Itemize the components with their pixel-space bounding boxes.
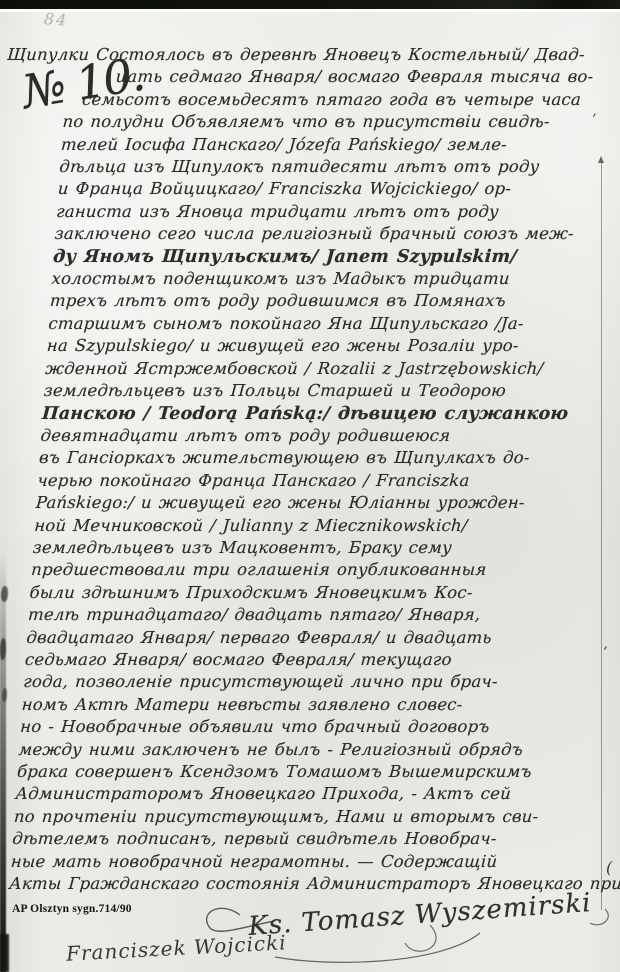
handwritten-text: Щипулки Состоялось въ деревнѣ Яновецъ Ко… (8, 44, 608, 895)
text-line: но - Новобрачные объявили что брачный до… (19, 716, 561, 738)
text-line: Щипулки Состоялось въ деревнѣ Яновецъ Ко… (6, 44, 608, 66)
text-line: ду Яномъ Щипульскимъ/ Janem Szypulskim/ (52, 246, 594, 268)
text-line: на Szypulskiego/ и живущей его жены Роза… (46, 335, 588, 357)
binding-edge-streak (0, 552, 6, 972)
text-line: въ Гансіоркахъ жительствующею въ Щипулка… (38, 447, 580, 469)
edge-ink-blob (2, 688, 7, 702)
text-line: между ними заключенъ не былъ - Религіозн… (18, 739, 560, 761)
text-line: дѣтелемъ подписанъ, первый свидѣтель Нов… (12, 828, 554, 850)
text-line: и Франца Войцицкаго/ Franciszka Wojcicki… (57, 178, 599, 200)
text-line: Pańskiego:/ и живущей его жены Юліанны у… (35, 492, 577, 514)
scanner-edge-gap (0, 9, 620, 12)
text-line: семьсотъ восемьдесятъ пятаго года въ чет… (81, 89, 605, 111)
text-line: земледѣльцевъ изъ Мацковентъ, Браку сему (32, 537, 574, 559)
text-line: двадцатаго Января/ перваго Февраля/ и дв… (26, 627, 568, 649)
text-line: седьмаго Января/ восмаго Февраля/ текуща… (24, 649, 566, 671)
text-line: были здѣшнимъ Приходскимъ Яновецкимъ Кос… (29, 582, 571, 604)
text-line: Администраторомъ Яновецкаго Прихода, - А… (15, 783, 557, 805)
text-line: девятнадцати лѣтъ отъ роду родившеюся (40, 425, 582, 447)
text-line: брака совершенъ Ксендзомъ Томашомъ Вышем… (16, 761, 558, 783)
text-line: телей Іосифа Панскаго/ Józefa Pańskiego/… (60, 134, 602, 156)
text-line: ганиста изъ Яновца тридцати лѣтъ отъ род… (55, 201, 597, 223)
text-line: телѣ тринадцатаго/ двадцать пятаго/ Янва… (27, 604, 569, 626)
text-line: жденной Ястржембовской / Rozalii z Jastr… (44, 358, 586, 380)
text-line: ные мать новобрачной неграмотны. — Содер… (10, 851, 552, 873)
margin-rule-tip (598, 156, 604, 163)
text-line: холостымъ поденщикомъ изъ Мадыкъ тридцат… (51, 268, 593, 290)
text-line: цать седмаго Января/ восмаго Февраля тыс… (115, 66, 607, 88)
text-line: дѣльца изъ Щипулокъ пятидесяти лѣтъ отъ … (59, 156, 601, 178)
text-line: заключено сего числа религіозный брачный… (54, 223, 596, 245)
text-line: Панскою / Teodorą Pańską:/ дѣвицею служа… (41, 403, 583, 425)
ink-tick-mark: ’ (592, 112, 596, 128)
text-line: черью покойнаго Франца Панскаго / Franci… (37, 470, 579, 492)
corner-scan-shadow (0, 934, 9, 972)
scanner-edge-bar (0, 0, 620, 9)
text-line: земледѣльцевъ изъ Польцы Старшей и Теодо… (43, 380, 585, 402)
text-line: по прочтеніи присутствующимъ, Нами и вто… (13, 806, 555, 828)
text-line: ной Мечниковской / Julianny z Miecznikow… (34, 515, 576, 537)
text-line: номъ Актѣ Матери невѣсты заявлено словес… (21, 694, 563, 716)
ink-tick-mark: ( (606, 858, 612, 877)
pencil-page-number: 84 (43, 9, 69, 30)
margin-rule-line (601, 162, 602, 910)
text-line: года, позволеніе присутствующей лично пр… (23, 671, 565, 693)
archive-stamp: AP Olsztyn sygn.714/90 (12, 903, 132, 915)
text-line: старшимъ сыномъ покойнаго Яна Щипульскаг… (48, 313, 590, 335)
scanned-document-page: 84 № 10. Щипулки Состоялось въ деревнѣ Я… (0, 0, 620, 972)
edge-ink-blob (1, 586, 8, 602)
ink-tick-mark: ’ (603, 645, 607, 661)
text-line: трехъ лѣтъ отъ роду родившимся въ Помяна… (49, 290, 591, 312)
text-line: Акты Гражданскаго состоянія Администрато… (8, 873, 550, 895)
text-line: по полудни Объявляемъ что въ присутствіи… (62, 111, 604, 133)
text-line: предшествовали три оглашенія опубликован… (30, 559, 572, 581)
